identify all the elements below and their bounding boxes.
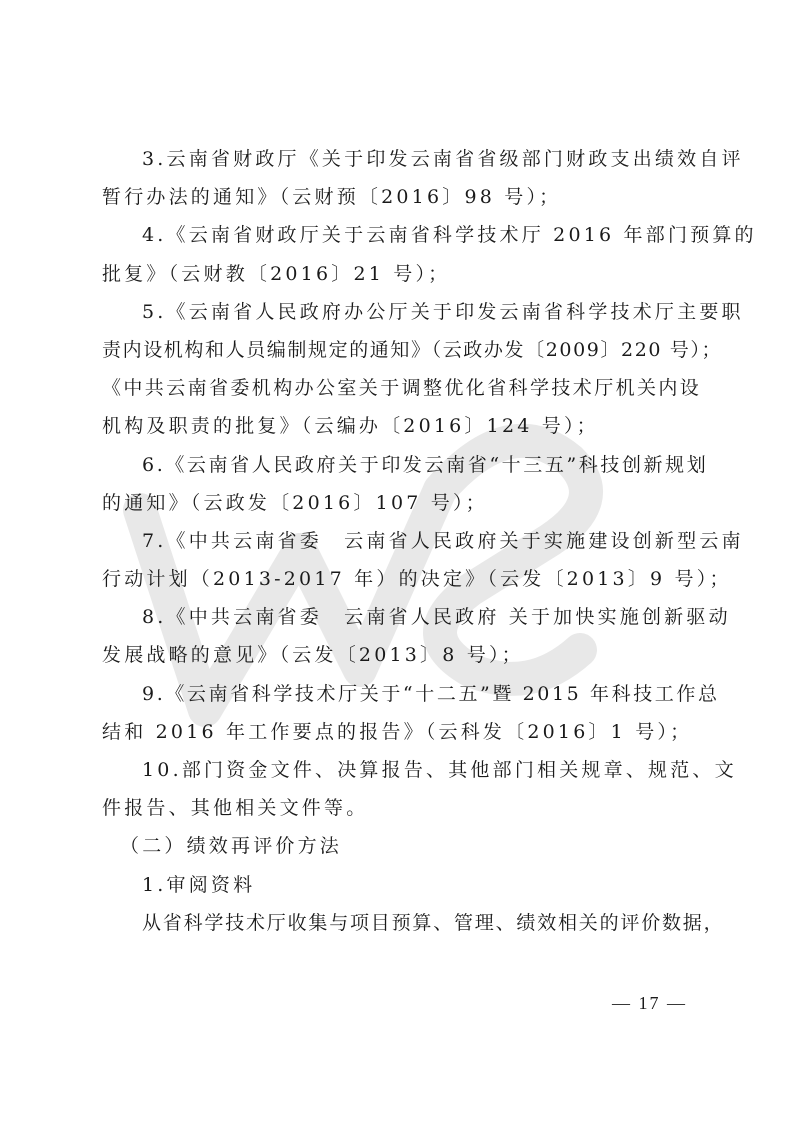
document-page: 3.云南省财政厅《关于印发云南省省级部门财政支出绩效自评 暂行办法的通知》（云财… bbox=[0, 0, 793, 1122]
text-line: 7.《中共云南省委 云南省人民政府关于实施建设创新型云南 bbox=[102, 522, 692, 560]
page-number: — 17 — bbox=[612, 993, 687, 1014]
text-line: 结和 2016 年工作要点的报告》（云科发〔2016〕1 号）； bbox=[102, 713, 692, 751]
text-line: 批复》（云财教〔2016〕21 号）； bbox=[102, 255, 692, 293]
text-line: 6.《云南省人民政府关于印发云南省“十三五”科技创新规划 bbox=[102, 446, 692, 484]
text-line: 件报告、其他相关文件等。 bbox=[102, 789, 692, 827]
text-line: 从省科学技术厅收集与项目预算、管理、绩效相关的评价数据， bbox=[102, 904, 692, 942]
text-line: 的通知》（云政发〔2016〕107 号）； bbox=[102, 484, 692, 522]
text-line: 3.云南省财政厅《关于印发云南省省级部门财政支出绩效自评 bbox=[102, 140, 692, 178]
text-line: 暂行办法的通知》（云财预〔2016〕98 号）； bbox=[102, 178, 692, 216]
text-line: 责内设机构和人员编制规定的通知》（云政办发〔2009〕220 号）； bbox=[102, 331, 692, 369]
text-line: 5.《云南省人民政府办公厅关于印发云南省科学技术厅主要职 bbox=[102, 293, 692, 331]
text-line: 机构及职责的批复》（云编办〔2016〕124 号）； bbox=[102, 407, 692, 445]
section-heading: （二）绩效再评价方法 bbox=[102, 827, 692, 865]
text-line: 发展战略的意见》（云发〔2013〕8 号）； bbox=[102, 636, 692, 674]
text-line: 9.《云南省科学技术厅关于“十二五”暨 2015 年科技工作总 bbox=[102, 675, 692, 713]
text-line: 行动计划（2013-2017 年）的决定》（云发〔2013〕9 号）； bbox=[102, 560, 692, 598]
document-body: 3.云南省财政厅《关于印发云南省省级部门财政支出绩效自评 暂行办法的通知》（云财… bbox=[102, 140, 692, 942]
text-line: 《中共云南省委机构办公室关于调整优化省科学技术厅机关内设 bbox=[102, 369, 692, 407]
text-line: 4.《云南省财政厅关于云南省科学技术厅 2016 年部门预算的 bbox=[102, 216, 692, 254]
text-line: 8.《中共云南省委 云南省人民政府 关于加快实施创新驱动 bbox=[102, 598, 692, 636]
text-line: 10.部门资金文件、决算报告、其他部门相关规章、规范、文 bbox=[102, 751, 692, 789]
subsection-heading: 1.审阅资料 bbox=[102, 866, 692, 904]
